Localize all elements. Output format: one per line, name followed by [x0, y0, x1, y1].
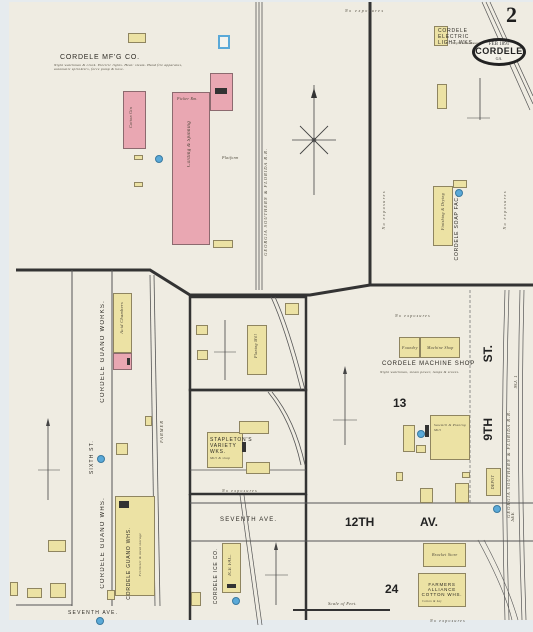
- dwelling: [420, 488, 433, 503]
- dwelling: [196, 325, 208, 335]
- no-exposures-note: No exposures: [222, 488, 258, 493]
- street-sixth: SIXTH ST.: [89, 440, 95, 474]
- small-shed: [213, 240, 233, 248]
- acid-chambers-label: Acid Chambers: [119, 302, 124, 334]
- ice-factory-building: ICE FAC.: [222, 543, 241, 593]
- sawmill-label: Sawmill & Planing Mill: [434, 423, 466, 433]
- hydrant-icon: [417, 430, 425, 438]
- street-seventh-ave: SEVENTH AVE.: [220, 517, 277, 523]
- planing-mill-label: Planing Mill: [253, 334, 258, 358]
- dwelling: [285, 303, 299, 315]
- no-exposures-note: No exposures: [381, 190, 386, 230]
- dwelling: [10, 582, 18, 596]
- cordele-machine-note: Night watchman, steam power, lamps & sto…: [380, 370, 459, 374]
- small-building: [437, 84, 447, 109]
- cordele-soap-label: CORDELE SOAP FAC.: [454, 195, 460, 260]
- scale-label: Scale of Feet.: [328, 601, 357, 606]
- bracket-store-building: Bracket Store: [423, 543, 466, 567]
- foundry-label: Foundry: [402, 345, 417, 350]
- cordele-mfg-label: CORDELE MF'G CO.: [60, 54, 140, 61]
- stapletons-label: STAPLETON'S VARIETY WKS.: [210, 437, 240, 455]
- railroad-label-upper: GEORGIA SOUTHERN & FLORIDA R.R.: [263, 148, 268, 256]
- carding-spinning-building: Picker Rm. Carding & Spinning: [172, 92, 210, 245]
- hydrant-icon: [97, 455, 105, 463]
- farmers-alliance-building: FARMERS ALLIANCE COTTON WHS. Cotton & ha…: [418, 573, 466, 607]
- dwelling: [50, 583, 66, 598]
- compass-rose-icon: [292, 85, 336, 195]
- hydrant-icon: [232, 597, 240, 605]
- shed-building: [239, 421, 269, 434]
- boiler-icon: [242, 442, 246, 452]
- title-city: CORDELE: [475, 47, 523, 56]
- dwelling: [455, 483, 469, 503]
- soap-boiler-building: [453, 180, 467, 188]
- shed-building: [403, 425, 415, 452]
- cordele-street-label: CORDELE GUANO WHS.: [100, 497, 106, 589]
- dwelling: [27, 588, 42, 598]
- boiler-icon: [227, 584, 236, 588]
- stapletons-variety-works: STAPLETON'S VARIETY WKS. Mill & shop: [207, 432, 243, 468]
- dwelling: [191, 592, 201, 606]
- small-shed: [107, 590, 115, 600]
- block-13: 13: [393, 396, 406, 410]
- street-av: AV.: [420, 515, 438, 529]
- no-exposures-note: No exposures: [502, 190, 507, 230]
- small-shed: [134, 155, 143, 160]
- cotton-gin-label: Cotton Gin: [128, 107, 133, 128]
- guano-whs-note: Fertilizer & meal storage: [138, 533, 142, 576]
- boiler-icon: [425, 425, 429, 437]
- cordele-guano-whs-label: CORDELE GUANO WHS.: [126, 527, 132, 600]
- planing-mill-building: Planing Mill: [247, 325, 267, 375]
- hydrant-icon: [96, 617, 104, 625]
- small-shed: [462, 472, 470, 478]
- acid-chambers-building: Acid Chambers: [113, 293, 132, 353]
- farmer-label: FARMER: [159, 420, 164, 443]
- hydrant-icon: [493, 505, 501, 513]
- shed-building: [246, 462, 270, 474]
- sawmill-building: Sawmill & Planing Mill: [430, 415, 470, 460]
- machine-shop-label: Machine Shop: [427, 345, 453, 350]
- farmers-alliance-note: Cotton & hay: [422, 599, 462, 603]
- stapletons-note: Mill & shop: [210, 456, 240, 460]
- no-exposures-note: No exposures: [395, 313, 431, 318]
- cotton-gin-building: Cotton Gin: [123, 91, 146, 149]
- dwelling: [197, 350, 208, 360]
- see-label: SEE: [511, 512, 516, 522]
- railroad-label-lower: GEORGIA SOUTHERN & FLORIDA R.R.: [506, 410, 511, 518]
- boiler-icon: [127, 358, 130, 365]
- boiler-room-building: [210, 73, 233, 111]
- cordele-ice-label: CORDELE ICE CO.: [213, 548, 219, 604]
- farmers-alliance-label: FARMERS ALLIANCE COTTON WHS.: [421, 582, 463, 597]
- street-9th: 9TH: [481, 418, 495, 441]
- boiler-icon: [119, 501, 129, 508]
- cordele-guano-warehouse: CORDELE GUANO WHS. Fertilizer & meal sto…: [115, 496, 155, 596]
- ice-fac-label: ICE FAC.: [228, 554, 233, 576]
- water-tank-icon: [218, 35, 230, 49]
- dwelling: [396, 472, 403, 481]
- sheet-number: 2: [506, 2, 517, 28]
- cordele-electric-note: Night watchman: [452, 41, 479, 45]
- bracket-store-label: Bracket Store: [432, 552, 457, 557]
- block-24: 24: [385, 582, 398, 596]
- guano-boiler-building: [113, 353, 132, 370]
- cordele-machine-label: CORDELE MACHINE SHOP: [382, 361, 475, 367]
- shed-building: [416, 445, 426, 453]
- small-building: [128, 33, 146, 43]
- boiler-icon: [215, 88, 227, 94]
- small-building: [116, 443, 128, 455]
- foundry-building: Foundry: [399, 337, 420, 358]
- soap-finishing-label: Finishing & Drying: [440, 193, 445, 230]
- title-state: GA.: [475, 56, 523, 61]
- small-shed: [145, 416, 152, 426]
- no-exposures-note: No exposures: [345, 8, 385, 13]
- dwelling: [48, 540, 66, 552]
- depot-label: DEPOT: [490, 475, 495, 489]
- cordele-soap-building: Finishing & Drying: [433, 186, 453, 246]
- track-no1-label: NO. 1: [514, 375, 519, 388]
- carding-spinning-label: Carding & Spinning: [187, 121, 192, 167]
- map-linework: [0, 0, 533, 632]
- no-exposures-note: No exposures: [430, 618, 466, 623]
- depot-building: DEPOT: [486, 468, 501, 496]
- hydrant-icon: [155, 155, 163, 163]
- picker-room-label: Picker Rm.: [177, 96, 205, 101]
- street-seventh-lower: SEVENTH AVE.: [68, 610, 118, 616]
- platform-label: Platform: [222, 155, 239, 160]
- machine-shop-building: Machine Shop: [420, 337, 460, 358]
- guano-works-label: CORDELE GUANO WORKS.: [100, 300, 106, 403]
- street-st: ST.: [481, 345, 495, 362]
- small-shed: [134, 182, 143, 187]
- cordele-mfg-note: Night watchman & clock. Electric lights.…: [54, 63, 184, 71]
- street-12th: 12TH: [345, 515, 374, 529]
